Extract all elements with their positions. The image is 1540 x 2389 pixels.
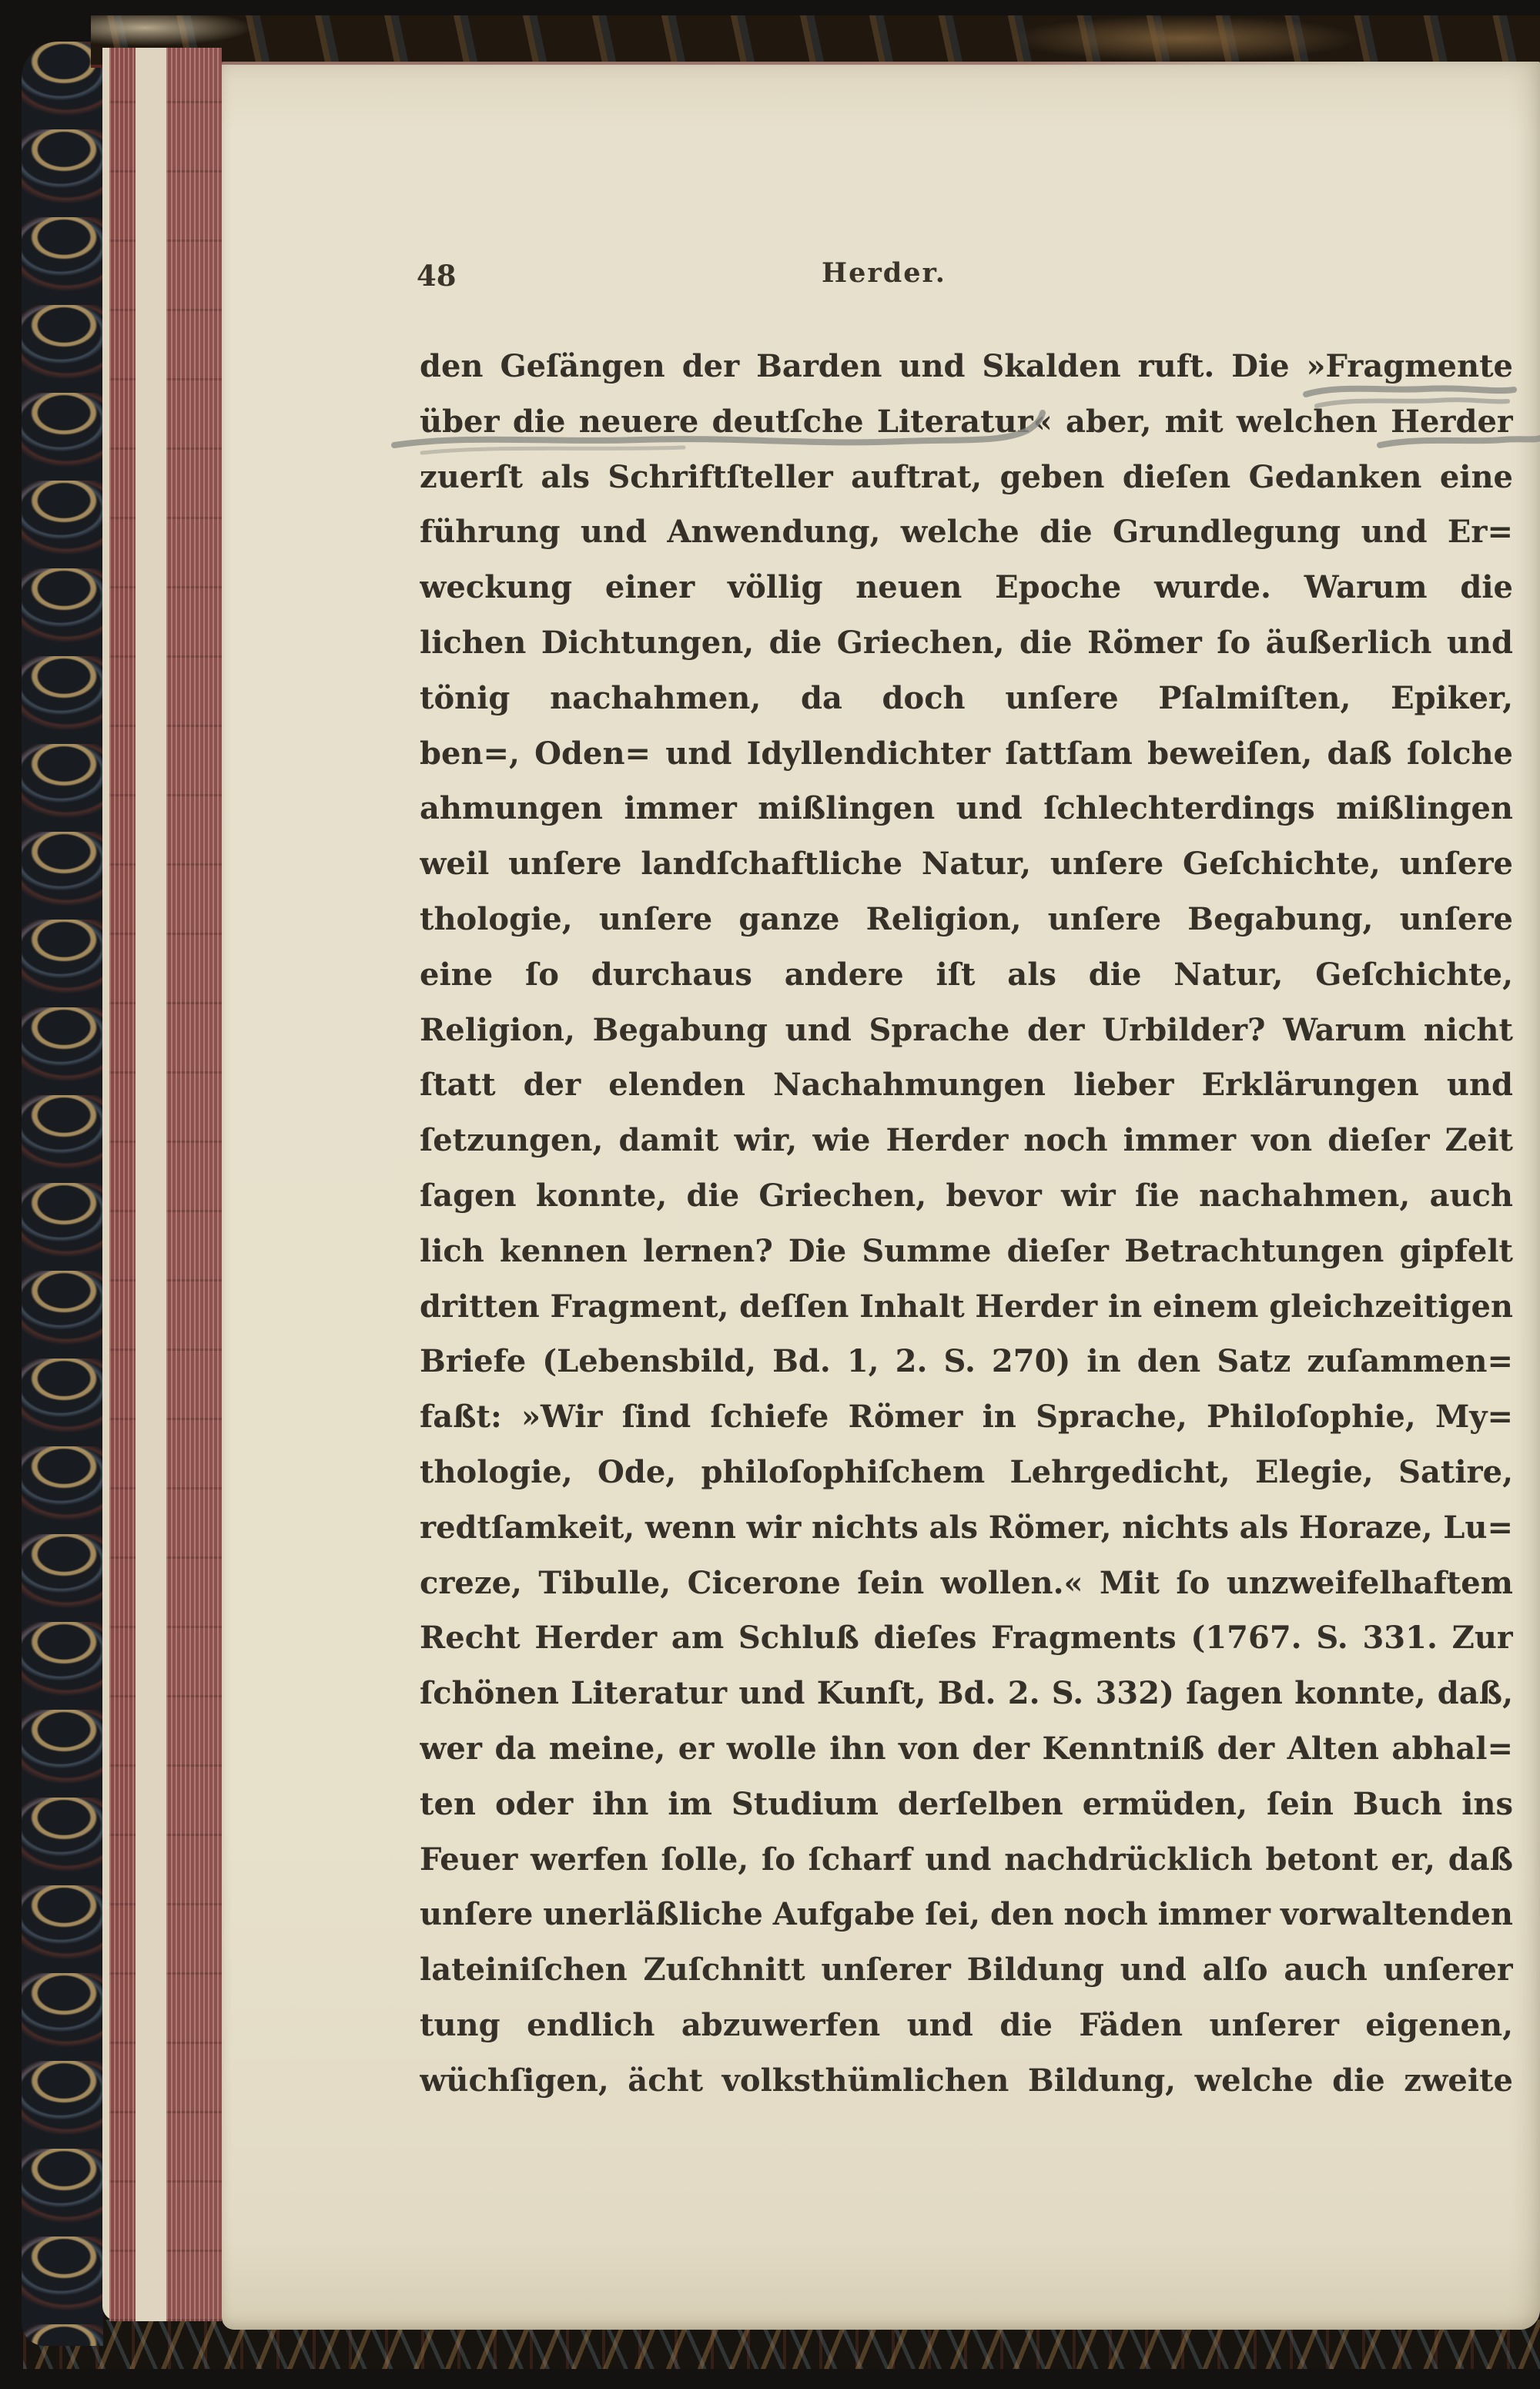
running-head: Herder.: [715, 257, 1053, 289]
text-line: führung und Anwendung, welche die Grundl…: [420, 504, 1513, 560]
text-line: thologie, unſere ganze Religion, unſere …: [420, 892, 1513, 947]
text-line: ſtatt der elenden Nachahmungen lieber Er…: [420, 1057, 1513, 1113]
text-line: ſchönen Literatur und Kunſt, Bd. 2. S. 3…: [420, 1666, 1513, 1721]
text-line: tönig nachahmen, da doch unſere Pſalmiſt…: [420, 671, 1513, 726]
text-line: lich kennen lernen? Die Summe dieſer Bet…: [420, 1224, 1513, 1279]
text-line: tung endlich abzuwerfen und die Fäden un…: [420, 1998, 1513, 2053]
text-line: redtſamkeit, wenn wir nichts als Römer, …: [420, 1500, 1513, 1556]
text-line: den Geſängen der Barden und Skalden ruft…: [420, 339, 1513, 394]
text-line: Feuer werfen ſolle, ſo ſcharf und nachdr…: [420, 1832, 1513, 1888]
text-line: dritten Fragment, deſſen Inhalt Herder i…: [420, 1279, 1513, 1335]
page-edge-red-stripe: [109, 48, 136, 2321]
text-line: thologie, Ode, philoſophiſchem Lehrgedic…: [420, 1445, 1513, 1500]
page-edge-stack: [102, 48, 222, 2321]
text-line: creze, Tibulle, Cicerone ſein wollen.« M…: [420, 1556, 1513, 1611]
text-line: wüchſigen, ächt volksthümlichen Bildung,…: [420, 2053, 1513, 2109]
text-line: Briefe (Lebensbild, Bd. 1, 2. S. 270) in…: [420, 1334, 1513, 1389]
page-edge-red-stripe: [166, 48, 222, 2321]
text-line: lateiniſchen Zuſchnitt unſerer Bildung u…: [420, 1942, 1513, 1998]
text-line: unſere unerläßliche Aufgabe ſei, den noc…: [420, 1887, 1513, 1942]
book-cover-spine-marbled-edge: [22, 42, 103, 2346]
text-line: ſetzungen, damit wir, wie Herder noch im…: [420, 1113, 1513, 1168]
text-line: weckung einer völlig neuen Epoche wurde.…: [420, 560, 1513, 615]
text-line: ſagen konnte, die Griechen, bevor wir ſi…: [420, 1168, 1513, 1224]
text-line: ahmungen immer mißlingen und ſchlechterd…: [420, 781, 1513, 836]
book-scan-photo: 48 Herder. den Geſängen der Barden und S…: [0, 0, 1540, 2389]
book-cover-top-edge: [91, 15, 1540, 68]
page-number: 48: [417, 259, 457, 293]
text-line: weil unſere landſchaftliche Natur, unſer…: [420, 836, 1513, 892]
text-line: wer da meine, er wolle ihn von der Kennt…: [420, 1721, 1513, 1777]
book-page: 48 Herder. den Geſängen der Barden und S…: [222, 62, 1540, 2330]
text-line: lichen Dichtungen, die Griechen, die Röm…: [420, 615, 1513, 671]
text-line: ten oder ihn im Studium derſelben ermüde…: [420, 1777, 1513, 1832]
page-top-red-edge: [222, 62, 1361, 65]
text-line: ben=, Oden= und Idyllendichter ſattſam b…: [420, 726, 1513, 782]
text-line: über die neuere deutſche Literatur« aber…: [420, 394, 1513, 450]
text-line: eine ſo durchaus andere iſt als die Natu…: [420, 947, 1513, 1003]
body-text-block: den Geſängen der Barden und Skalden ruft…: [420, 339, 1513, 2109]
text-line: faßt: »Wir ſind ſchiefe Römer in Sprache…: [420, 1389, 1513, 1445]
text-line: zuerſt als Schriftſteller auftrat, geben…: [420, 450, 1513, 505]
text-line: Recht Herder am Schluß dieſes Fragments …: [420, 1610, 1513, 1666]
text-line: Religion, Begabung und Sprache der Urbil…: [420, 1003, 1513, 1058]
